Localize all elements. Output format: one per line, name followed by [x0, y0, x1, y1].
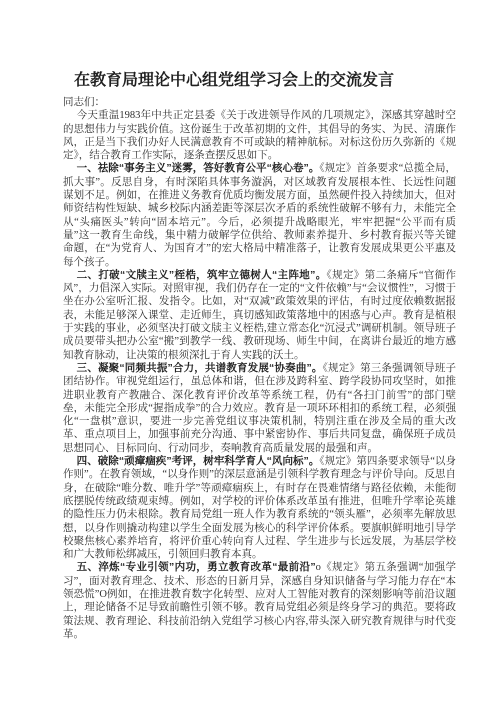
- section-heading: 一、祛除“事务主义”迷雾，答好教育公平“核心卷”。: [77, 162, 320, 174]
- section-heading: 三、凝聚“同频共振”合力，共谱教育发展“协奏曲”。: [77, 362, 323, 374]
- paragraph: 三、凝聚“同频共振”合力，共谱教育发展“协奏曲”。《规定》第三条强调领导班子团结…: [63, 362, 456, 455]
- paragraph: 四、破除“顽瘴痼疾”考评，树牢科学育人“风向标”。《规定》第四条要求领导“以身作…: [63, 455, 456, 561]
- text-run: 《规定》第四条要求领导“以身作则”。在教育领域，“以身作则”的深层意涵是引领科学…: [63, 456, 456, 560]
- paragraph: 五、淬炼“专业引领”内功，勇立教育改革“最前沿”o《规定》第五条强调“加强学习”…: [63, 561, 456, 641]
- section-heading: 四、破除“顽瘴痼疾”考评，树牢科学育人“风向标”。: [77, 455, 320, 467]
- text-run: 《规定》第二条痛斥“官衙作风”，力倡深入实际。对照审视，我们仍存在一定的“文件依…: [63, 270, 456, 361]
- text-run: 《规定》第三条强调领导班子团结协作。审视党组运行，虽总体和谐，但在涉及跨科室、跨…: [63, 363, 456, 454]
- document-content: 在教育局理论中心组党组学习会上的交流发言 同志们： 今天重温1983年中共正定县…: [63, 70, 456, 641]
- text-run: 今天重温1983年中共正定县委《关于改进领导作风的几项规定》，深感其穿越时空的思…: [63, 110, 456, 161]
- paragraph: 今天重温1983年中共正定县委《关于改进领导作风的几项规定》，深感其穿越时空的思…: [63, 109, 456, 162]
- text-run: 《规定》首条要求“总揽全局，抓大事”。反思自身，有时深陷具体事务漩涡，对区域教育…: [63, 163, 456, 267]
- text-run: o《规定》第五条强调“加强学习”，面对教育理念、技术、形态的日新月异，深感自身知…: [63, 562, 456, 639]
- paragraph: 二、打破“文牍主义”桎梏，筑牢立德树人“主阵地”。《规定》第二条痛斥“官衙作风”…: [63, 269, 456, 362]
- document-page: 在教育局理论中心组党组学习会上的交流发言 同志们： 今天重温1983年中共正定县…: [0, 0, 500, 707]
- paragraph: 一、祛除“事务主义”迷雾，答好教育公平“核心卷”。《规定》首条要求“总揽全局，抓…: [63, 162, 456, 268]
- document-title: 在教育局理论中心组党组学习会上的交流发言: [63, 70, 456, 92]
- salutation: 同志们：: [63, 96, 456, 109]
- section-heading: 五、淬炼“专业引领”内功，勇立教育改革“最前沿”: [77, 561, 316, 573]
- document-body: 同志们： 今天重温1983年中共正定县委《关于改进领导作风的几项规定》，深感其穿…: [63, 96, 456, 641]
- section-heading: 二、打破“文牍主义”桎梏，筑牢立德树人“主阵地”。: [77, 269, 327, 281]
